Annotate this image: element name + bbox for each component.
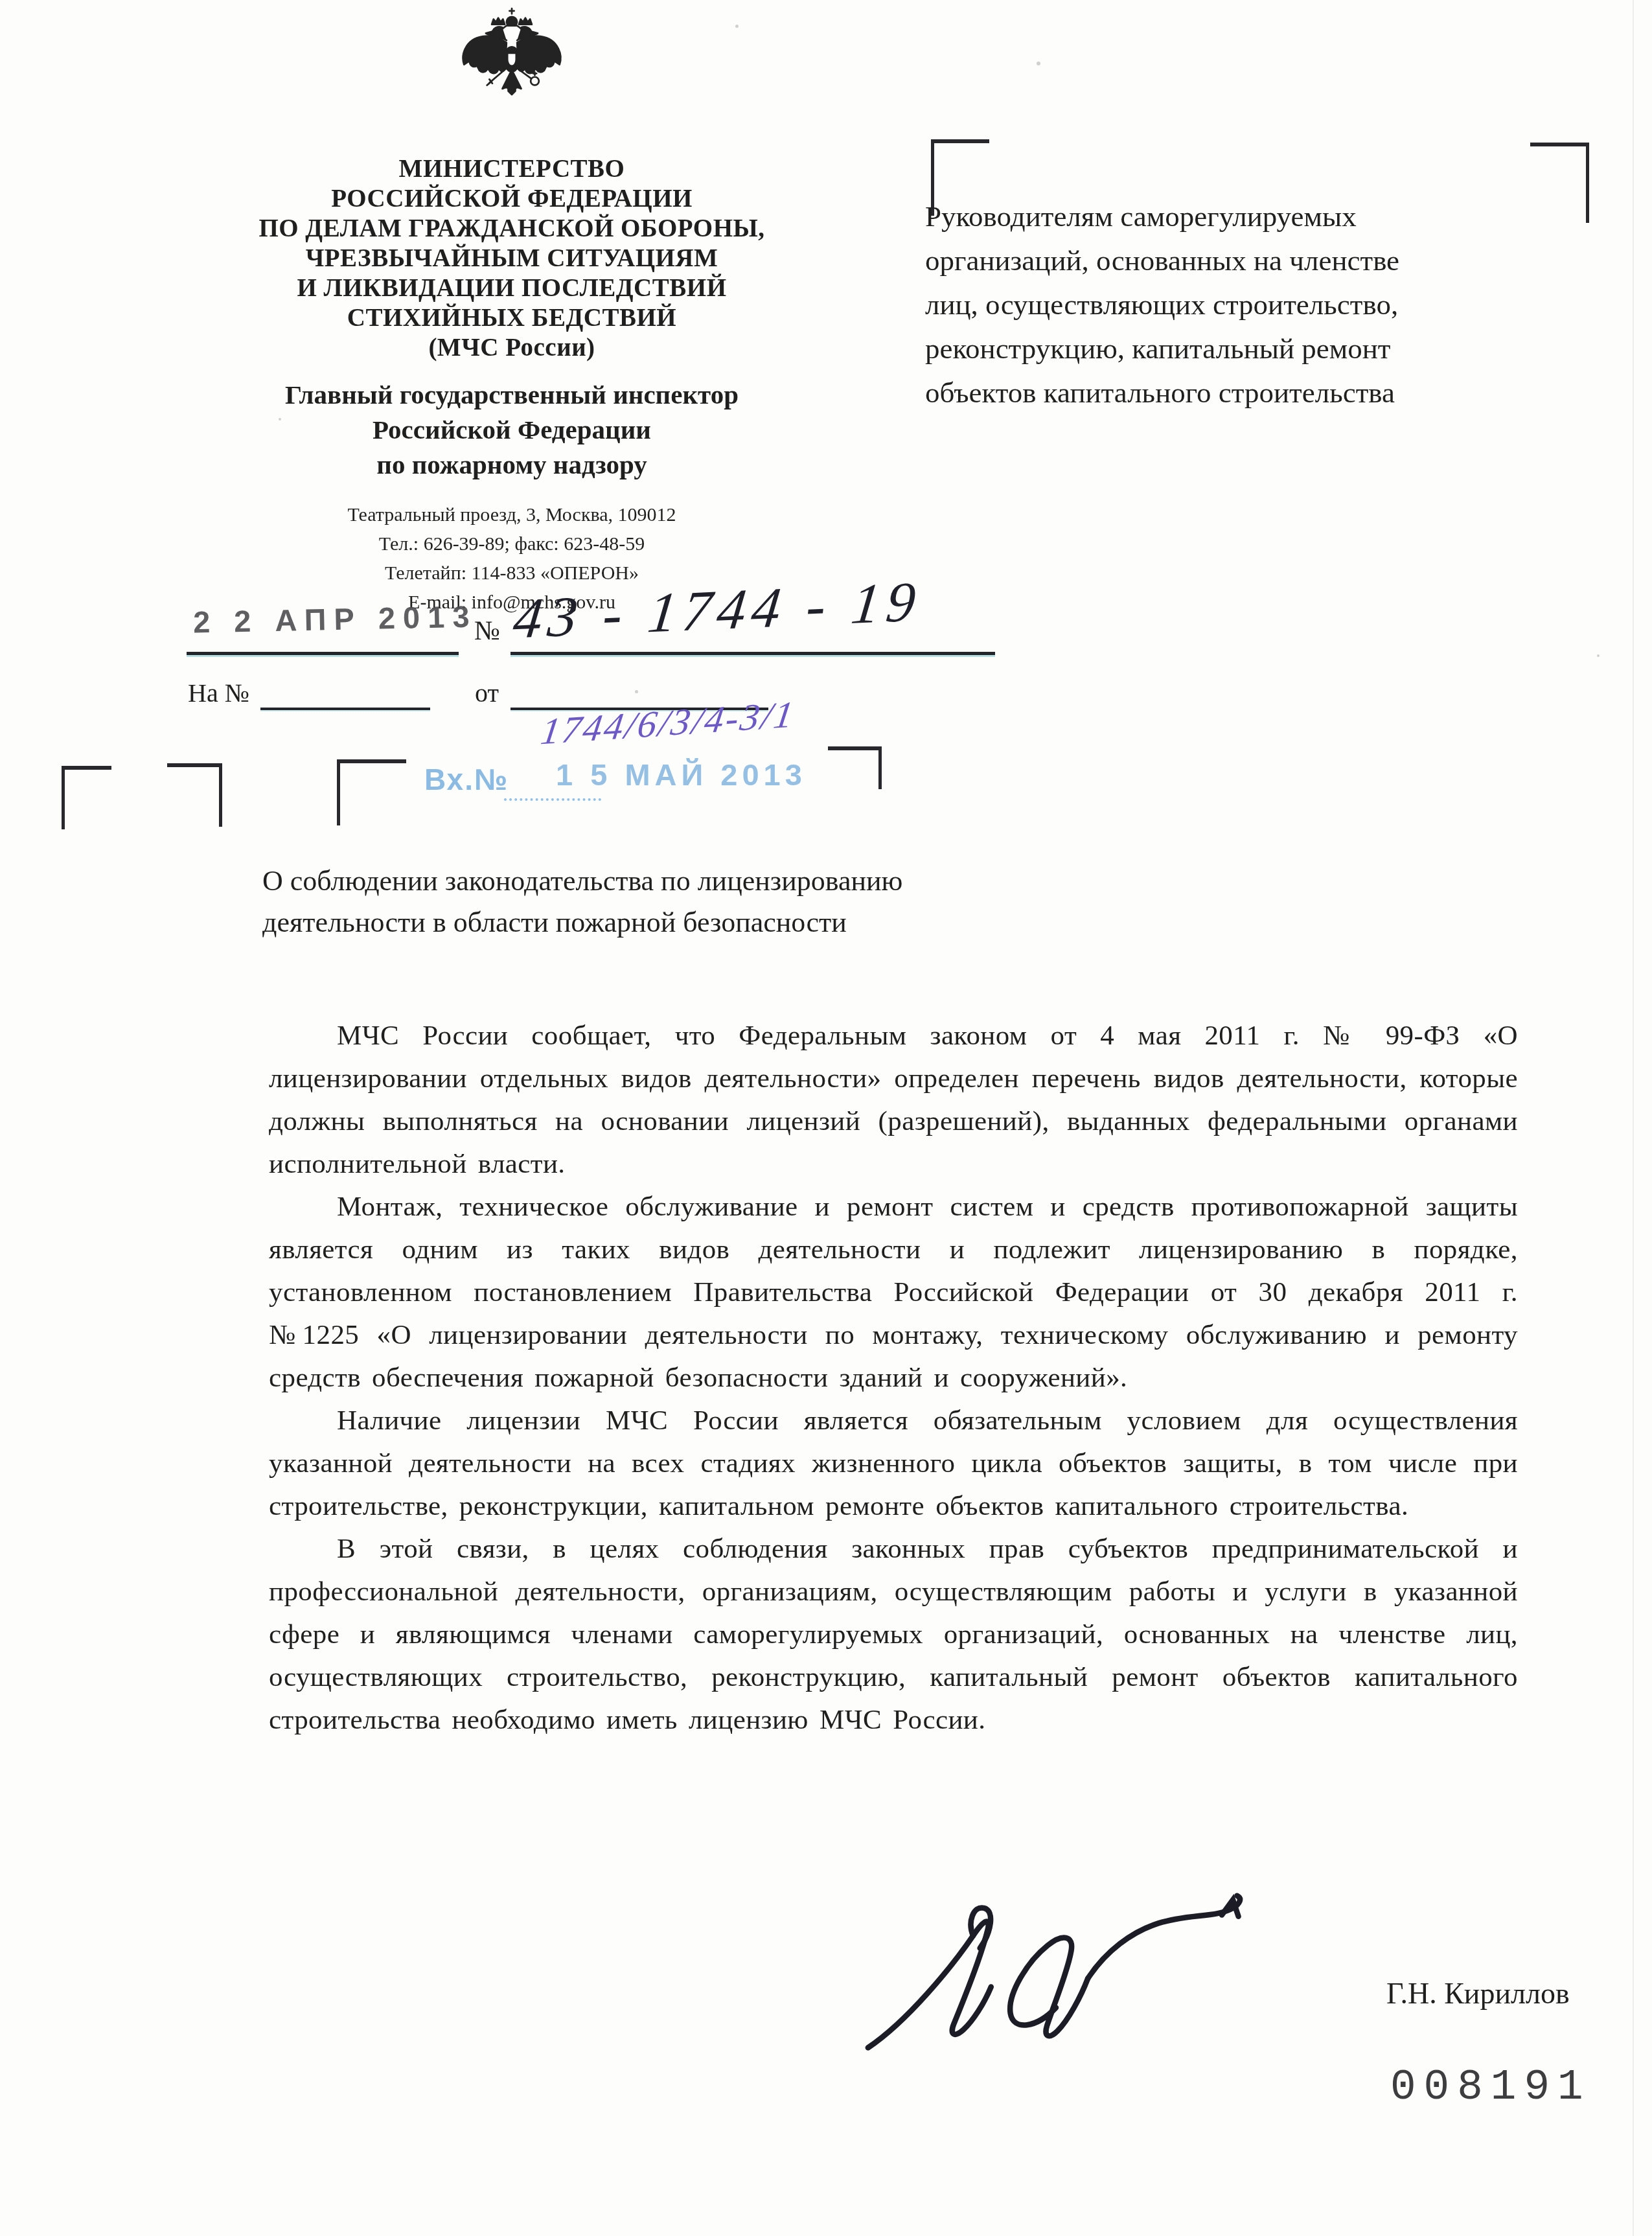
ministry-line: И ЛИКВИДАЦИИ ПОСЛЕДСТВИЙ (181, 273, 842, 303)
ministry-name-block: МИНИСТЕРСТВО РОССИЙСКОЙ ФЕДЕРАЦИИ ПО ДЕЛ… (181, 154, 842, 363)
subject-line: О соблюдении законодательства по лицензи… (262, 860, 975, 943)
body-paragraph: В этой связи, в целях соблюдения законны… (269, 1528, 1518, 1742)
incoming-stamp-label: Вх.№ (424, 762, 509, 797)
corner-mark-icon (828, 746, 882, 789)
ministry-short-name: (МЧС России) (181, 333, 842, 363)
na-no-blank-underline (260, 708, 430, 710)
addressee-line: Руководителям саморегулируемых (925, 194, 1631, 238)
ministry-line: РОССИЙСКОЙ ФЕДЕРАЦИИ (181, 184, 842, 214)
outgoing-number-sign: № (474, 616, 500, 647)
official-line: по пожарному надзору (181, 447, 842, 482)
scan-speck (453, 1587, 456, 1590)
corner-mark-icon (167, 763, 222, 827)
postal-address: Театральный проезд, 3, Москва, 109012 (181, 500, 842, 529)
ministry-line: МИНИСТЕРСТВО (181, 154, 842, 184)
signatory-name: Г.Н. Кириллов (1386, 1976, 1570, 2011)
letter-body: МЧС России сообщает, что Федеральным зак… (269, 1015, 1518, 1742)
official-line: Главный государственный инспектор (181, 377, 842, 412)
date-underline (187, 652, 459, 655)
scan-speck (635, 690, 638, 693)
scan-speck (1597, 654, 1600, 657)
serial-number: 008191 (1390, 2063, 1591, 2112)
scan-speck (735, 25, 739, 28)
double-headed-eagle-emblem-icon (453, 5, 571, 132)
scan-edge-artifact (1633, 0, 1634, 2236)
na-no-label: На № (188, 678, 249, 708)
outgoing-date-stamp: 2 2 АПР 2013 (192, 598, 477, 640)
addressee-line: лиц, осуществляющих строительство, (925, 282, 1631, 327)
body-paragraph: Наличие лицензии МЧС России является обя… (269, 1400, 1518, 1528)
body-paragraph: МЧС России сообщает, что Федеральным зак… (269, 1015, 1518, 1186)
signature-autograph (849, 1884, 1263, 2079)
scan-speck (279, 418, 281, 421)
phone-fax: Тел.: 626-39-89; факс: 623-48-59 (181, 529, 842, 559)
addressee-line: объектов капитального строительства (925, 371, 1631, 415)
registration-number-handwritten: 1744/6/3/4-3/1 (538, 693, 798, 754)
corner-mark-icon (337, 759, 406, 825)
addressee-block: Руководителям саморегулируемых организац… (925, 194, 1631, 415)
ministry-line: СТИХИЙНЫХ БЕДСТВИЙ (181, 303, 842, 333)
official-line: Российской Федерации (181, 412, 842, 447)
letterhead: МИНИСТЕРСТВО РОССИЙСКОЙ ФЕДЕРАЦИИ ПО ДЕЛ… (181, 5, 842, 617)
ministry-line: ЧРЕЗВЫЧАЙНЫМ СИТУАЦИЯМ (181, 244, 842, 273)
number-underline (511, 652, 995, 655)
chief-inspector-title: Главный государственный инспектор Россий… (181, 377, 842, 482)
ot-label: от (475, 678, 499, 708)
corner-mark-icon (62, 766, 111, 829)
incoming-date-stamp: 1 5 МАЙ 2013 (556, 757, 807, 792)
scanned-letter-page: МИНИСТЕРСТВО РОССИЙСКОЙ ФЕДЕРАЦИИ ПО ДЕЛ… (0, 0, 1652, 2236)
addressee-line: реконструкцию, капитальный ремонт (925, 327, 1631, 371)
scan-speck (1037, 62, 1040, 65)
body-paragraph: Монтаж, техническое обслуживание и ремон… (269, 1186, 1518, 1400)
ministry-line: ПО ДЕЛАМ ГРАЖДАНСКОЙ ОБОРОНЫ, (181, 214, 842, 244)
addressee-line: организаций, основанных на членстве (925, 238, 1631, 282)
